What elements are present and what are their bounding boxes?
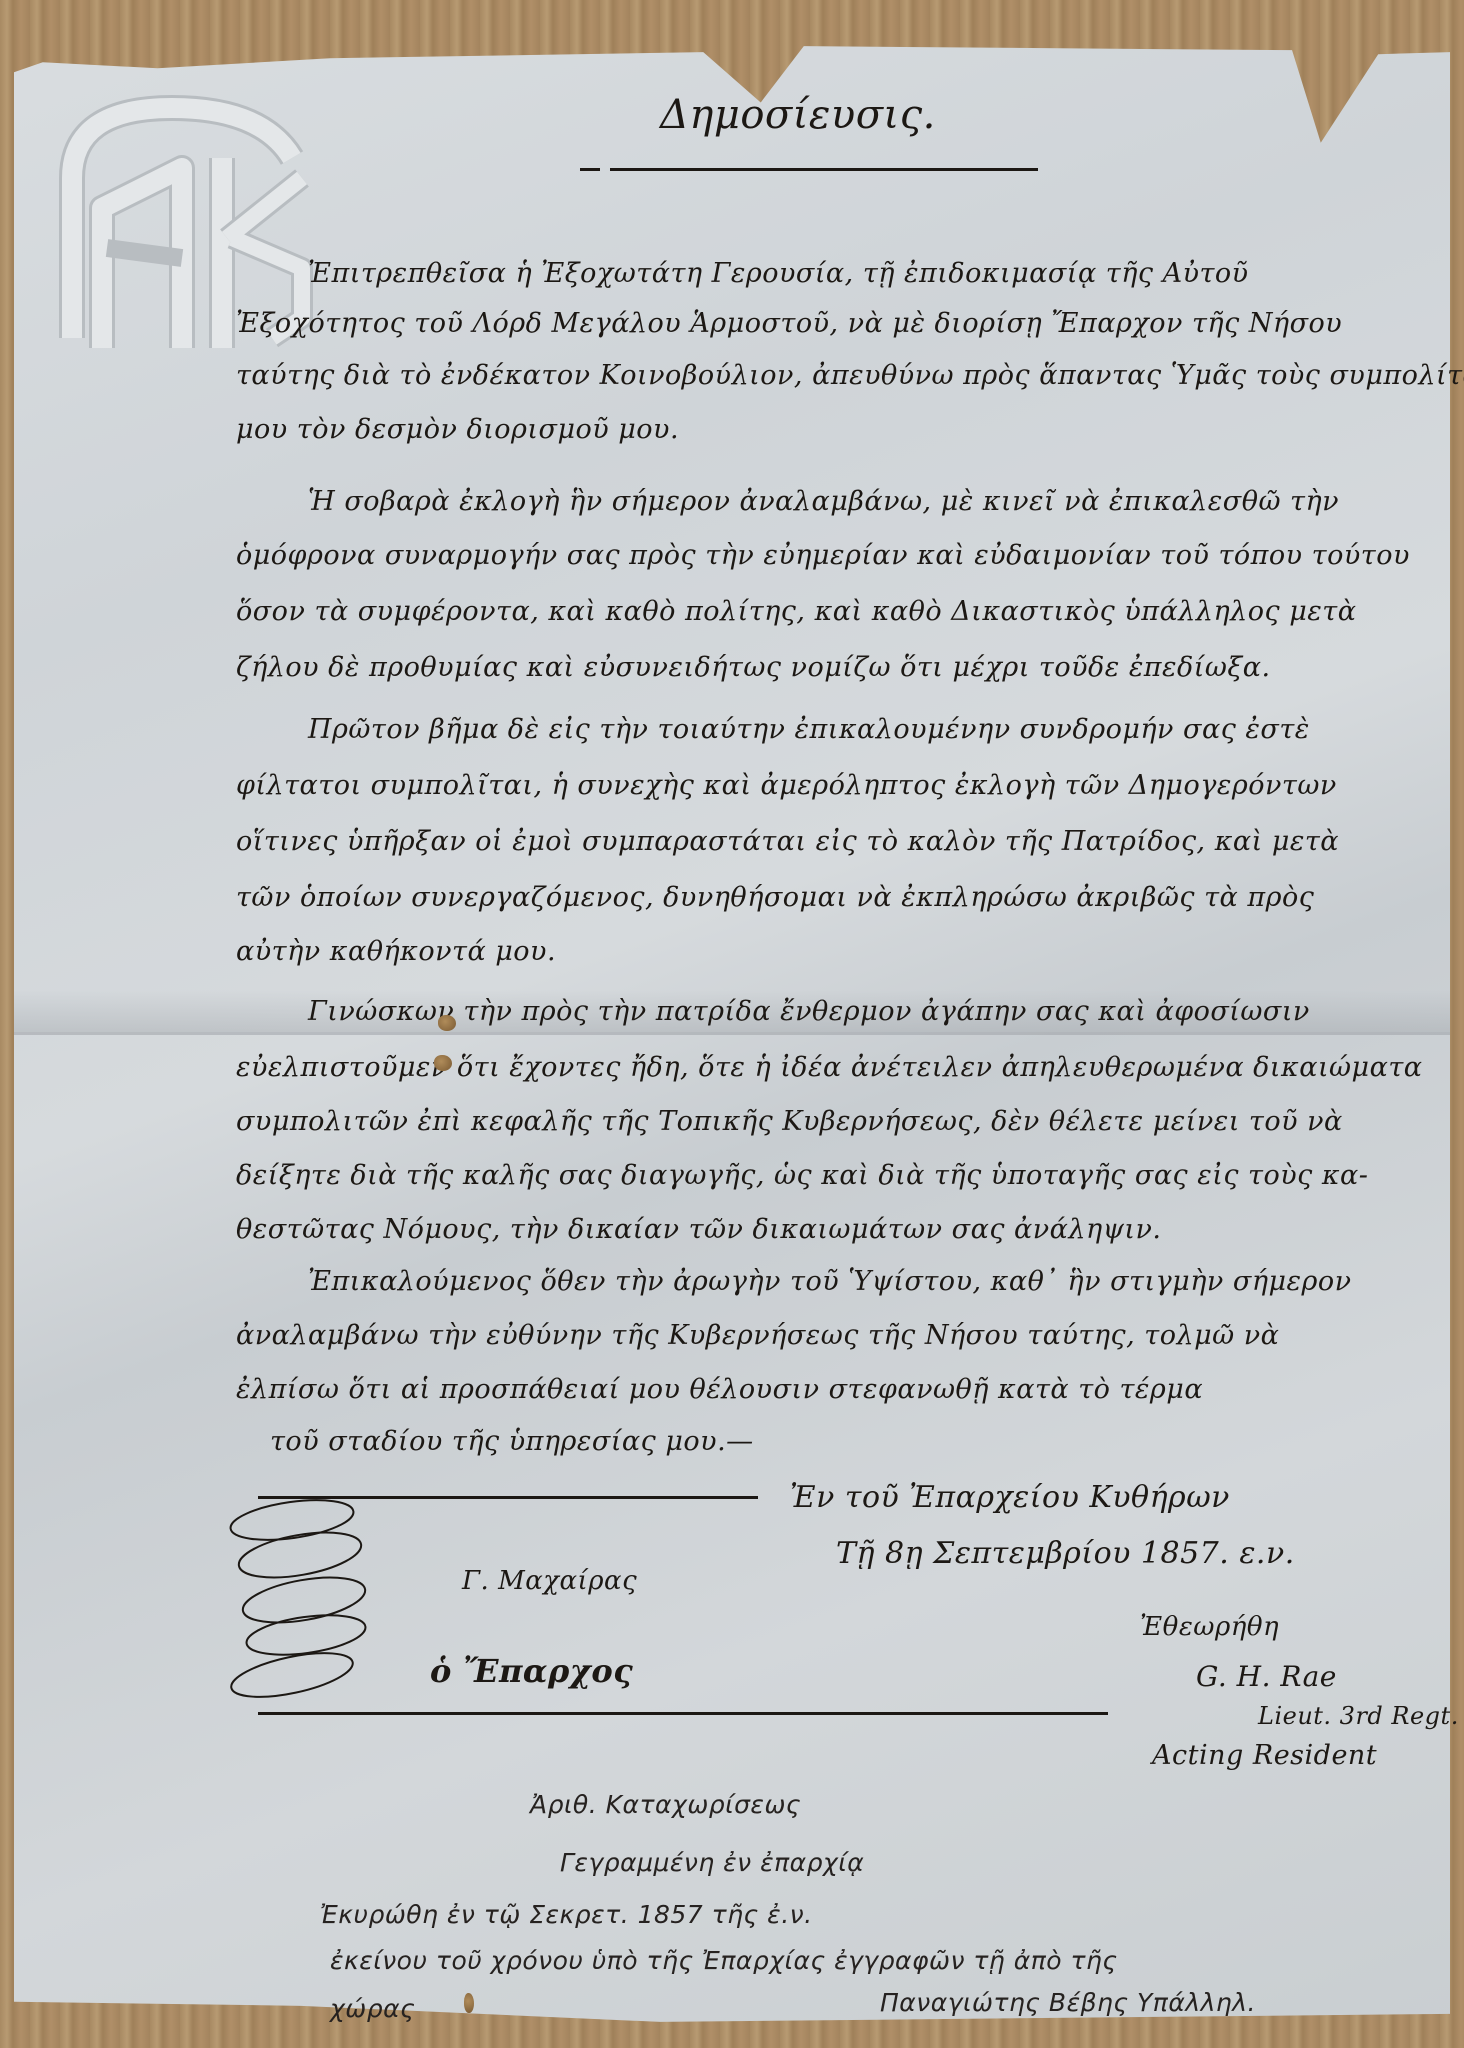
body-line: Πρῶτον βῆμα δὲ εἰς τὴν τοιαύτην ἐπικαλου… — [308, 714, 1310, 745]
body-line: ἀναλαμβάνω τὴν εὐθύνην τῆς Κυβερνήσεως τ… — [236, 1320, 1279, 1351]
paper-hole — [438, 1015, 456, 1031]
body-line: αὐτὴν καθήκοντά μου. — [236, 936, 556, 967]
resident-role: Acting Resident — [1152, 1740, 1377, 1771]
title-underline — [610, 168, 1038, 171]
body-line: Ἐξοχότητος τοῦ Λόρδ Μεγάλου Ἁρμοστοῦ, νὰ… — [236, 308, 1342, 339]
body-line: τοῦ σταδίου τῆς ὑπηρεσίας μου.— — [270, 1426, 754, 1457]
approval-mark: Ἐθεωρήθη — [1140, 1612, 1279, 1642]
signature-rule-bottom — [258, 1712, 1108, 1715]
document-title: Δημοσίευσις. — [660, 92, 936, 138]
body-line: Ἐπικαλούμενος ὅθεν τὴν ἀρωγὴν τοῦ Ὑψίστο… — [308, 1266, 1352, 1297]
body-line: οἵτινες ὑπῆρξαν οἱ ἐμοὶ συμπαραστάται εἰ… — [236, 826, 1339, 857]
body-line: Ἡ σοβαρὰ ἐκλογὴ ἣν σήμερον ἀναλαμβάνω, μ… — [308, 486, 1339, 517]
body-line: εὐελπιστοῦμεν ὅτι ἔχοντες ἤδη, ὅτε ἡ ἰδέ… — [236, 1052, 1423, 1083]
seal-flourish-icon — [222, 1490, 372, 1700]
body-line: Γινώσκων τὴν πρὸς τὴν πατρίδα ἔνθερμον ἀ… — [308, 996, 1310, 1027]
body-line: θεστῶτας Νόμους, τὴν δικαίαν τῶν δικαιωμ… — [236, 1214, 1161, 1245]
body-line: Ἐπιτρεπθεῖσα ἡ Ἐξοχωτάτη Γερουσία, τῇ ἐπ… — [308, 258, 1249, 289]
paper-hole — [434, 1055, 452, 1071]
body-line: συμπολιτῶν ἐπὶ κεφαλῆς τῆς Τοπικῆς Κυβερ… — [236, 1106, 1343, 1137]
dateline-date: Τῇ 8ῃ Σεπτεμβρίου 1857. ε.ν. — [836, 1536, 1295, 1571]
pencil-note: Ἀριθ. Καταχωρίσεως — [530, 1790, 801, 1819]
body-line: δείξητε διὰ τῆς καλῆς σας διαγωγῆς, ὡς κ… — [236, 1160, 1368, 1191]
body-line: ζήλου δὲ προθυμίας καὶ εὐσυνειδήτως νομί… — [236, 652, 1271, 683]
dateline-place: Ἐν τοῦ Ἐπαρχείου Κυθήρων — [790, 1480, 1230, 1515]
paper-hole — [464, 1993, 474, 2013]
pencil-note: Γεγραμμένη ἐν ἐπαρχίᾳ — [560, 1848, 864, 1877]
fold-line — [14, 1032, 1450, 1035]
prefect-title: ὁ Ἔπαρχος — [430, 1652, 633, 1690]
prefect-signature: Γ. Μαχαίρας — [462, 1566, 637, 1596]
pencil-note: χώρας — [330, 1994, 415, 2023]
body-line: ταύτης διὰ τὸ ἐνδέκατον Κοινοβούλιον, ἀπ… — [236, 360, 1464, 391]
pencil-note: Ἐκυρώθη ἐν τῷ Σεκρετ. 1857 τῆς ἐ.ν. — [320, 1900, 813, 1929]
body-line: ἐλπίσω ὅτι αἱ προσπάθειαί μου θέλουσιν σ… — [236, 1374, 1203, 1405]
resident-signature: G. H. Rae — [1196, 1660, 1337, 1693]
resident-rank: Lieut. 3rd Regt. — [1258, 1702, 1459, 1730]
body-line: μου τὸν δεσμὸν διορισμοῦ μου. — [236, 414, 679, 445]
pencil-note: ἐκείνου τοῦ χρόνου ὑπὸ τῆς Ἐπαρχίας ἐγγρ… — [330, 1946, 1118, 1975]
body-line: φίλτατοι συμπολῖται, ἡ συνεχὴς καὶ ἀμερό… — [236, 770, 1337, 801]
body-line: τῶν ὁποίων συνεργαζόμενος, δυνηθήσομαι ν… — [236, 882, 1314, 913]
body-line: ὅσον τὰ συμφέροντα, καὶ καθὸ πολίτης, κα… — [236, 596, 1356, 627]
clerk-signature: Παναγιώτης Βέβης Υπάλληλ. — [880, 1988, 1256, 2017]
body-line: ὁμόφρονα συναρμογήν σας πρὸς τὴν εὐημερί… — [236, 540, 1410, 571]
archive-monogram-watermark-icon — [32, 58, 322, 348]
title-underline-short — [580, 168, 600, 171]
